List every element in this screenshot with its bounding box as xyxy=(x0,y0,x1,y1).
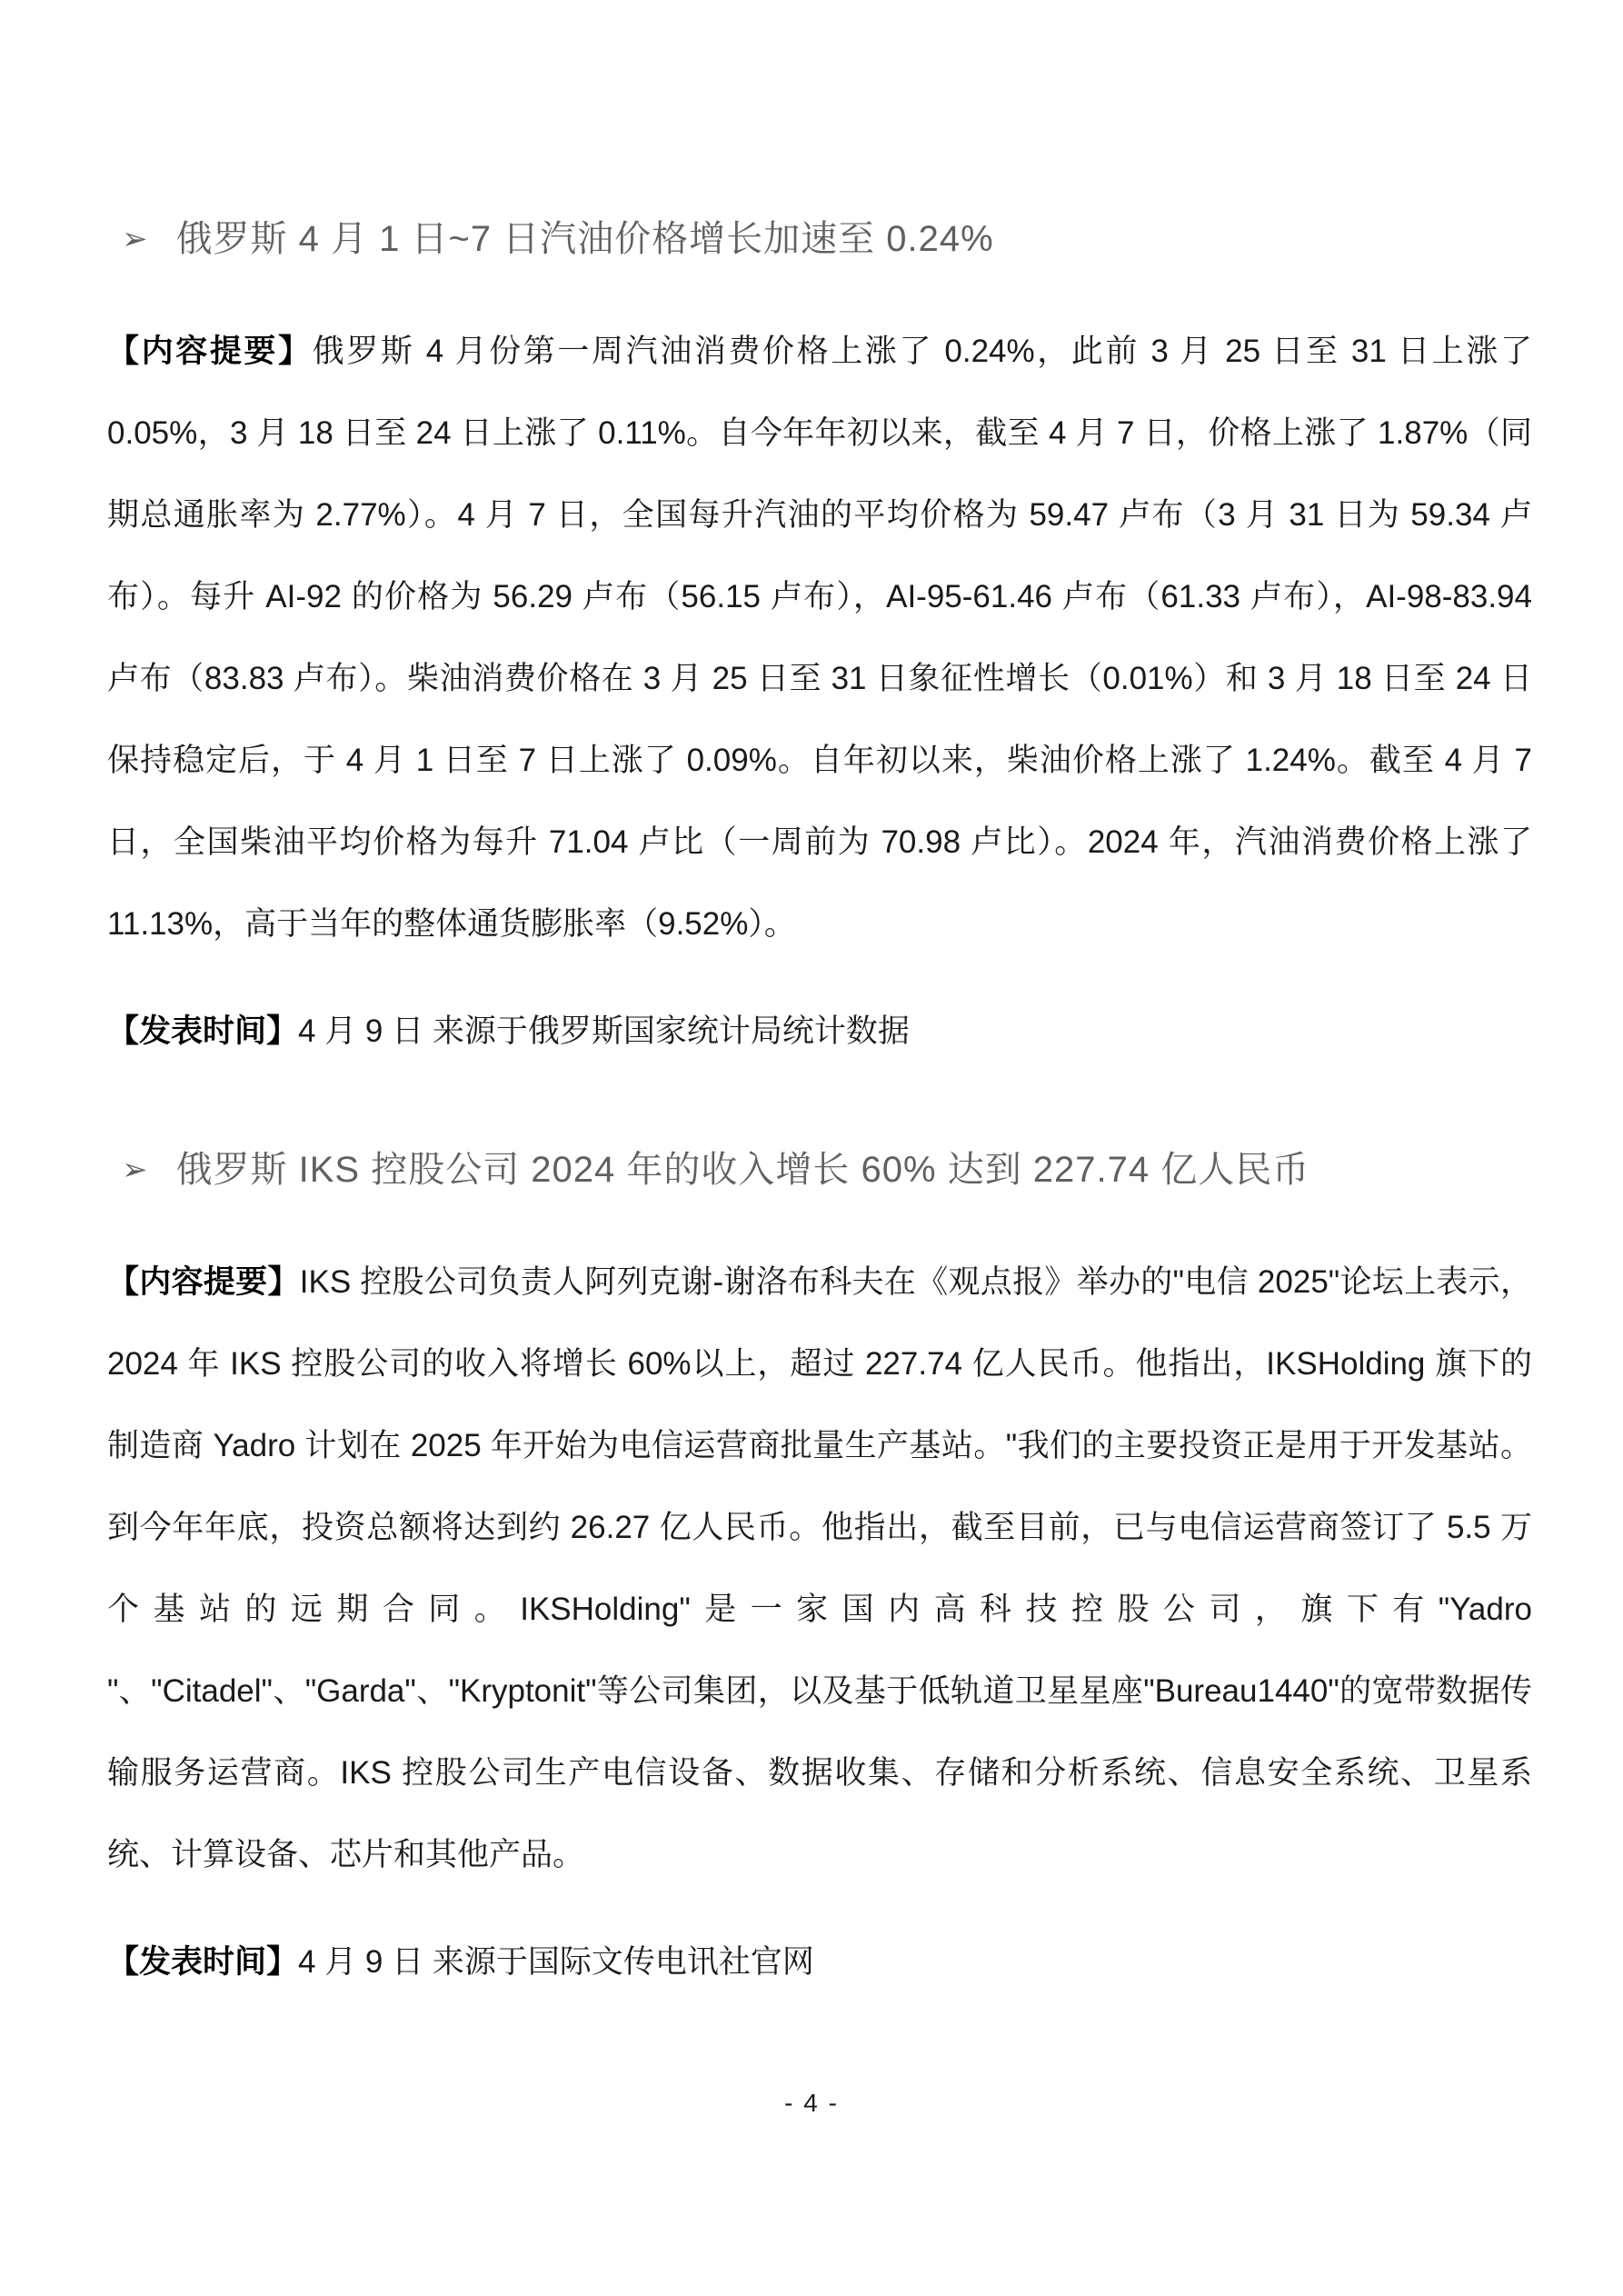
summary-label: 【内容提要】 xyxy=(107,1264,300,1300)
page-number: - 4 - xyxy=(0,2089,1623,2118)
news-section-iks-holding: ➢ 俄罗斯 IKS 控股公司 2024 年的收入增长 60% 达到 227.74… xyxy=(107,1142,1532,2003)
news-section-gasoline-prices: ➢ 俄罗斯 4 月 1 日~7 日汽油价格增长加速至 0.24% 【内容提要】俄… xyxy=(107,211,1532,1073)
publish-label: 【发表时间】 xyxy=(107,1944,298,1980)
arrow-bullet-icon: ➢ xyxy=(122,1142,149,1198)
section-heading-text: 俄罗斯 IKS 控股公司 2024 年的收入增长 60% 达到 227.74 亿… xyxy=(176,1142,1310,1198)
publish-paragraph: 【发表时间】4 月 9 日 来源于俄罗斯国家统计局统计数据 xyxy=(107,991,1532,1073)
section-heading: ➢ 俄罗斯 IKS 控股公司 2024 年的收入增长 60% 达到 227.74… xyxy=(122,1142,1532,1198)
document-page: ➢ 俄罗斯 4 月 1 日~7 日汽油价格增长加速至 0.24% 【内容提要】俄… xyxy=(0,0,1623,2296)
arrow-bullet-icon: ➢ xyxy=(122,211,149,267)
summary-label: 【内容提要】 xyxy=(107,334,313,369)
publish-text: 4 月 9 日 来源于国际文传电讯社官网 xyxy=(298,1944,814,1980)
section-heading-text: 俄罗斯 4 月 1 日~7 日汽油价格增长加速至 0.24% xyxy=(176,211,994,267)
summary-text: 俄罗斯 4 月份第一周汽油消费价格上涨了 0.24%，此前 3 月 25 日至 … xyxy=(107,334,1532,942)
summary-paragraph: 【内容提要】俄罗斯 4 月份第一周汽油消费价格上涨了 0.24%，此前 3 月 … xyxy=(107,311,1532,965)
publish-label: 【发表时间】 xyxy=(107,1013,298,1049)
summary-text: IKS 控股公司负责人阿列克谢-谢洛布科夫在《观点报》举办的"电信 2025"论… xyxy=(107,1264,1532,1872)
publish-paragraph: 【发表时间】4 月 9 日 来源于国际文传电讯社官网 xyxy=(107,1922,1532,2003)
publish-text: 4 月 9 日 来源于俄罗斯国家统计局统计数据 xyxy=(298,1013,910,1049)
summary-paragraph: 【内容提要】IKS 控股公司负责人阿列克谢-谢洛布科夫在《观点报》举办的"电信 … xyxy=(107,1242,1532,1896)
section-heading: ➢ 俄罗斯 4 月 1 日~7 日汽油价格增长加速至 0.24% xyxy=(122,211,1532,267)
